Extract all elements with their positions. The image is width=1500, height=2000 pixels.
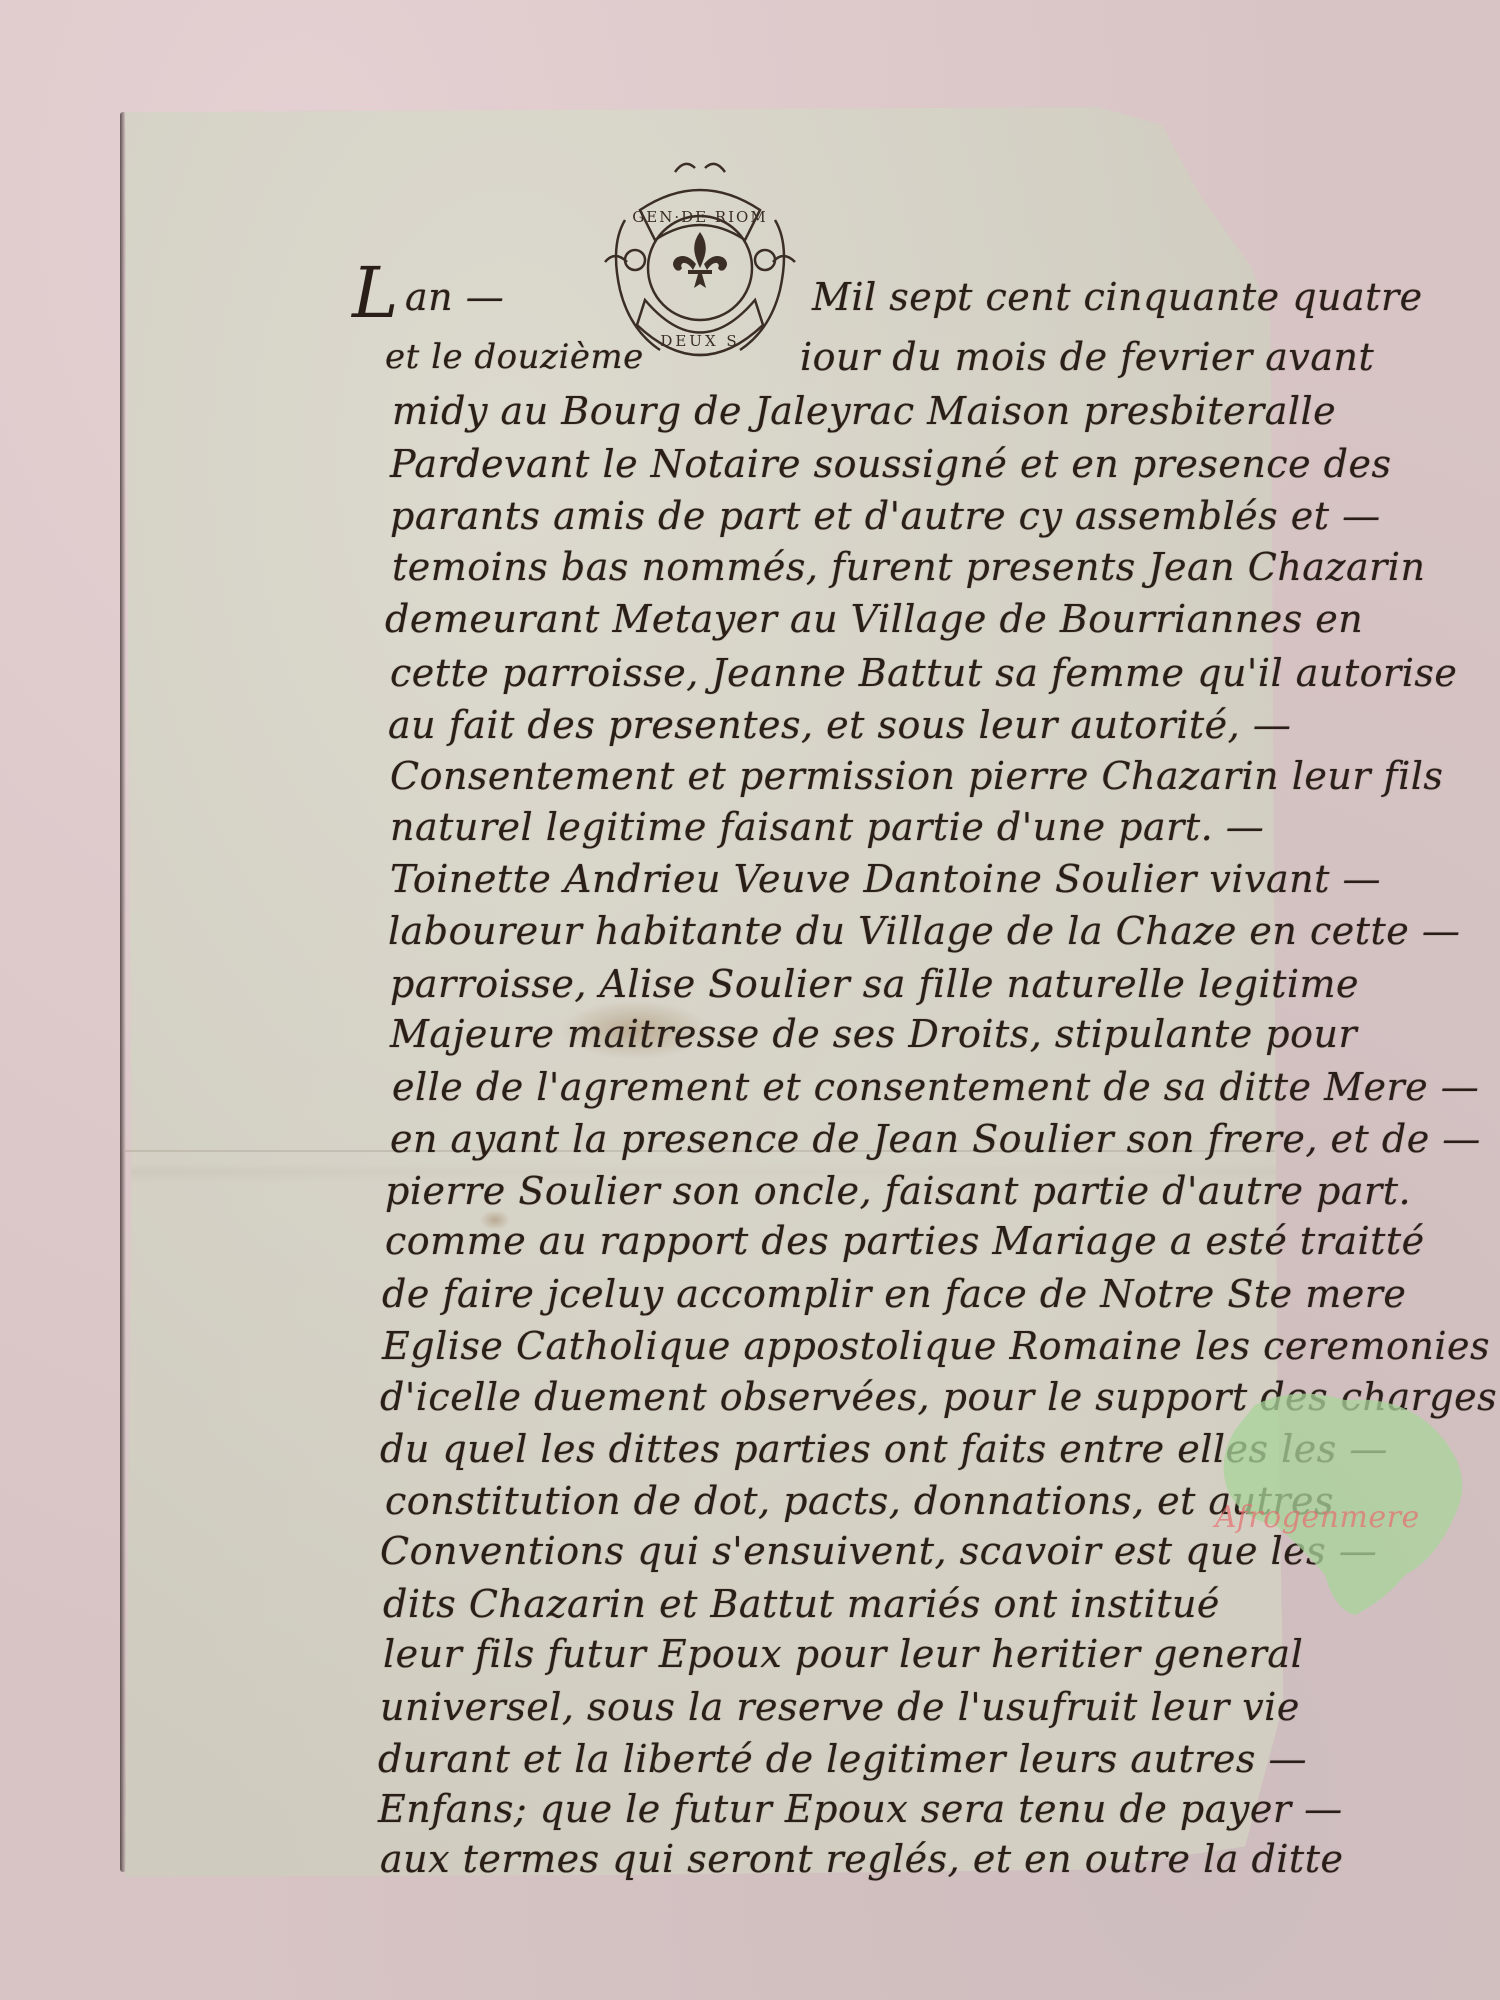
text-line: en ayant la presence de Jean Soulier son… (390, 1120, 1481, 1158)
text-line: durant et la liberté de legitimer leurs … (378, 1740, 1307, 1778)
text-line: pierre Soulier son oncle, faisant partie… (385, 1172, 1411, 1210)
manuscript-text: L an — Mil sept cent cinquante quatre et… (0, 0, 1500, 2000)
text-line: Majeure maitresse de ses Droits, stipula… (390, 1015, 1357, 1053)
text-line-2-right: iour du mois de fevrier avant (800, 338, 1374, 376)
watermark-text: Afrogenmere (1215, 1500, 1420, 1535)
text-line: Enfans; que le futur Epoux sera tenu de … (378, 1790, 1343, 1828)
text-line-1-left: an — (405, 278, 504, 316)
decorative-initial: L (352, 252, 398, 334)
text-line: midy au Bourg de Jaleyrac Maison presbit… (392, 392, 1336, 430)
text-line: parants amis de part et d'autre cy assem… (390, 497, 1381, 535)
text-line-1-right: Mil sept cent cinquante quatre (812, 278, 1423, 316)
text-line: parroisse, Alise Soulier sa fille nature… (390, 965, 1359, 1003)
text-line: de faire jceluy accomplir en face de Not… (382, 1275, 1406, 1313)
text-line-2-left: et le douzième (385, 340, 644, 374)
text-line: naturel legitime faisant partie d'une pa… (390, 808, 1264, 846)
text-line: aux termes qui seront reglés, et en outr… (380, 1840, 1343, 1878)
text-line: demeurant Metayer au Village de Bourrian… (385, 600, 1363, 638)
text-line: temoins bas nommés, furent presents Jean… (392, 548, 1425, 586)
text-line: constitution de dot, pacts, donnations, … (385, 1482, 1334, 1520)
text-line: dits Chazarin et Battut mariés ont insti… (383, 1585, 1220, 1623)
text-line: Consentement et permission pierre Chazar… (390, 757, 1443, 795)
text-line: Toinette Andrieu Veuve Dantoine Soulier … (390, 860, 1381, 898)
text-line: Pardevant le Notaire soussigné et en pre… (390, 445, 1391, 483)
text-line: comme au rapport des parties Mariage a e… (385, 1222, 1425, 1260)
text-line: cette parroisse, Jeanne Battut sa femme … (390, 654, 1457, 692)
text-line: universel, sous la reserve de l'usufruit… (380, 1688, 1300, 1726)
text-line: elle de l'agrement et consentement de sa… (392, 1068, 1479, 1106)
text-line: laboureur habitante du Village de la Cha… (388, 912, 1460, 950)
text-line: au fait des presentes, et sous leur auto… (388, 706, 1291, 744)
text-line: Eglise Catholique appostolique Romaine l… (382, 1327, 1490, 1365)
text-line: leur fils futur Epoux pour leur heritier… (383, 1635, 1303, 1673)
